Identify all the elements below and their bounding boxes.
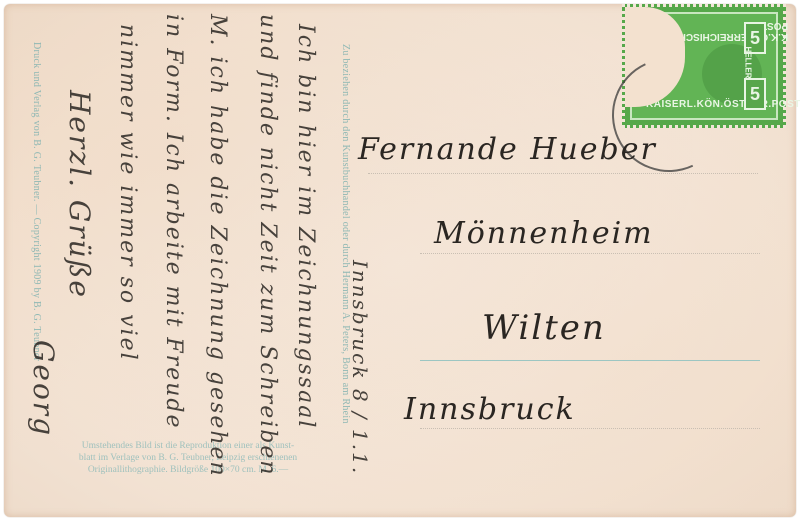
- reproduction-note-line: Umstehendes Bild ist die Reproduktion ei…: [38, 440, 338, 452]
- address-line-rule: [420, 253, 760, 254]
- address-line-rule: [420, 428, 760, 429]
- message-line: in Form. Ich arbeite mit Freude: [161, 14, 186, 429]
- stamp-currency: HELLER: [744, 47, 753, 79]
- address-name: Fernande Hueber: [358, 132, 657, 167]
- message-greeting: Herzl. Grüße: [63, 90, 96, 299]
- stamp-value: 5: [744, 78, 766, 110]
- address-line-rule: [368, 173, 758, 174]
- date-note: Innsbruck 8 / 1.1.: [348, 260, 372, 475]
- stamp-country-text: K.K.ÖSTERREICHISCHE POST: [672, 20, 788, 42]
- reproduction-note-line: blatt im Verlage von B. G. Teubner, Leip…: [38, 452, 338, 464]
- address-street: Mönnenheim: [434, 216, 654, 251]
- reproduction-note: Umstehendes Bild ist die Reproduktion ei…: [38, 440, 338, 476]
- publisher-imprint: Druck und Verlag von B. G. Teubner. — Co…: [31, 42, 42, 361]
- address-city: Innsbruck: [404, 392, 576, 427]
- message-line: nimmer wie immer so viel: [115, 24, 140, 362]
- message-line: Ich bin hier im Zeichnungssaal: [293, 24, 318, 429]
- reproduction-note-line: Originallithographie. Bildgröße 100×70 c…: [38, 464, 338, 476]
- address-line-rule: [420, 360, 760, 361]
- address-district: Wilten: [482, 308, 606, 348]
- message-line: M. ich habe die Zeichnung gesehen: [205, 14, 230, 478]
- message-signature: Georg: [27, 340, 60, 437]
- message-line: und finde nicht Zeit zum Schreiben: [255, 14, 280, 477]
